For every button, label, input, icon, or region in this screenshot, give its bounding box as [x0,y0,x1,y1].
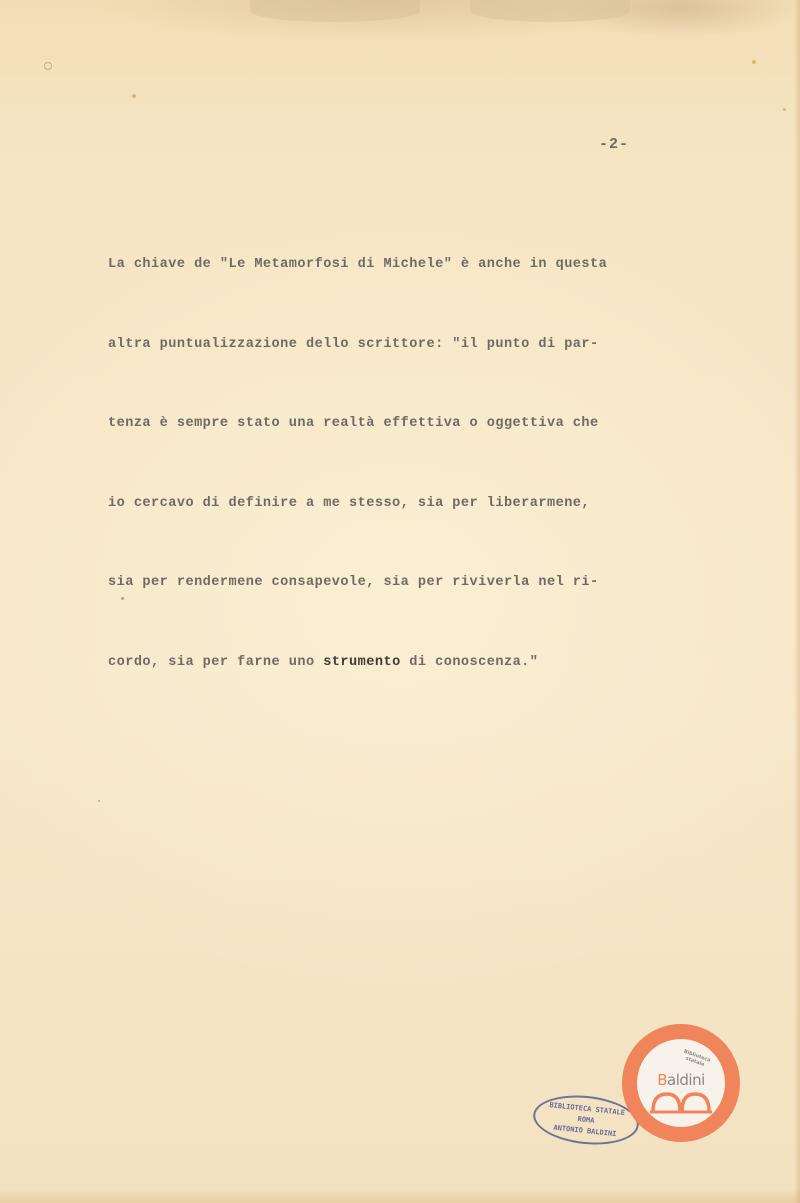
typed-paragraph: La chiave de "Le Metamorfosi di Michele"… [108,199,688,729]
logo-subtitle: Biblioteca statale [680,1048,712,1070]
document-page: -2- La chiave de "Le Metamorfosi di Mich… [0,0,800,1203]
paper-speck [783,108,786,111]
logo-name: Baldini [637,1071,725,1089]
text-line: sia per rendermene consapevole, sia per … [108,570,688,597]
paper-speck [132,94,136,98]
text-line-last: cordo, sia per farne uno strumento di co… [108,650,688,677]
text-segment: cordo, sia per farne uno [108,655,323,670]
page-number: -2- [599,136,629,153]
logo-name-rest: aldini [667,1071,705,1089]
paper-speck [98,800,100,802]
logo-inner-circle: Biblioteca statale Baldini [637,1039,725,1127]
logo-initial: B [657,1071,667,1089]
page-edge-right [794,0,800,1203]
paper-speck [44,62,52,70]
paper-speck [752,60,756,64]
text-line: tenza è sempre stato una realtà effettiv… [108,411,688,438]
emphasized-word: strumento [323,655,400,670]
text-line: La chiave de "Le Metamorfosi di Michele"… [108,252,688,279]
text-line: altra puntualizzazione dello scrittore: … [108,332,688,359]
open-book-icon [649,1091,713,1115]
baldini-library-logo: Biblioteca statale Baldini [622,1024,740,1142]
page-edge-bottom [0,1189,800,1203]
top-fold-shadow [250,0,420,22]
text-line: io cercavo di definire a me stesso, sia … [108,491,688,518]
text-segment: di conoscenza." [401,655,539,670]
top-fold-shadow [470,0,630,22]
